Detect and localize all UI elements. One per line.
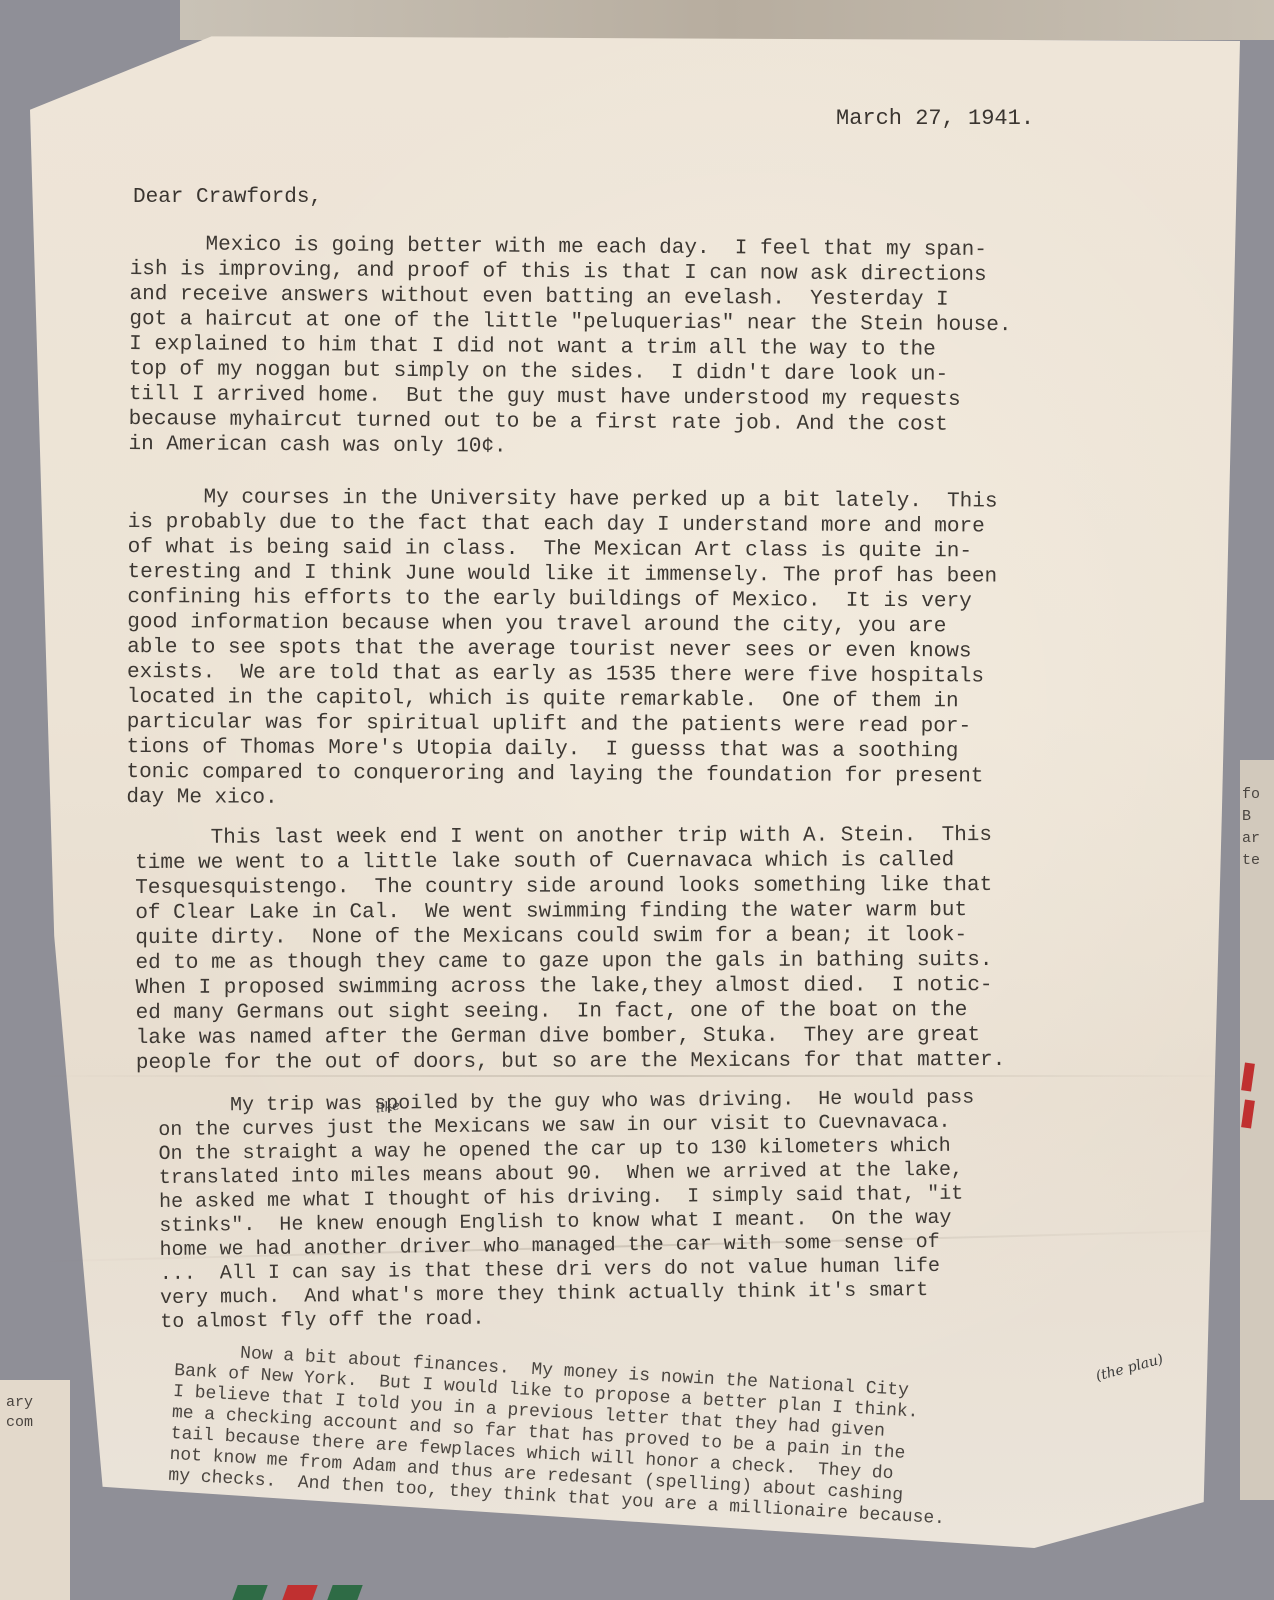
- paragraph-lake-trip: This last week end I went on another tri…: [135, 823, 1005, 1076]
- letter-line: Tesquesquistengo. The country side aroun…: [135, 873, 1005, 901]
- letter-line: of Clear Lake in Cal. We went swimming f…: [135, 898, 1005, 926]
- letter-line: ed many Germans out sight seeing. In fac…: [136, 998, 1006, 1026]
- letter-line: people for the out of doors, but so are …: [136, 1048, 1006, 1076]
- letter-line: quite dirty. None of the Mexicans could …: [135, 923, 1005, 951]
- paragraph-finances: Now a bit about finances. My money is no…: [168, 1340, 953, 1530]
- letter-line: lake was named after the German dive bom…: [136, 1023, 1006, 1051]
- letter-date: March 27, 1941.: [836, 106, 1034, 131]
- letter-salutation: Dear Crawfords,: [133, 186, 322, 209]
- letter-line: This last week end I went on another tri…: [135, 823, 1005, 851]
- letter-line: day Me xico.: [126, 785, 996, 815]
- paragraph-driver: My trip was spoiled by the guy who was d…: [158, 1086, 977, 1335]
- letter-line: time we went to a little lake south of C…: [135, 848, 1005, 876]
- letter-content: March 27, 1941. Dear Crawfords, Mexico i…: [0, 0, 1274, 1600]
- paragraph-mexico-progress: Mexico is going better with me each day.…: [128, 232, 1012, 463]
- letter-line: When I proposed swimming across the lake…: [136, 973, 1006, 1001]
- handwritten-note: (the plau): [1094, 1351, 1165, 1384]
- paragraph-university-courses: My courses in the University have perked…: [126, 485, 997, 815]
- letter-line: ed to me as though they came to gaze upo…: [135, 948, 1005, 976]
